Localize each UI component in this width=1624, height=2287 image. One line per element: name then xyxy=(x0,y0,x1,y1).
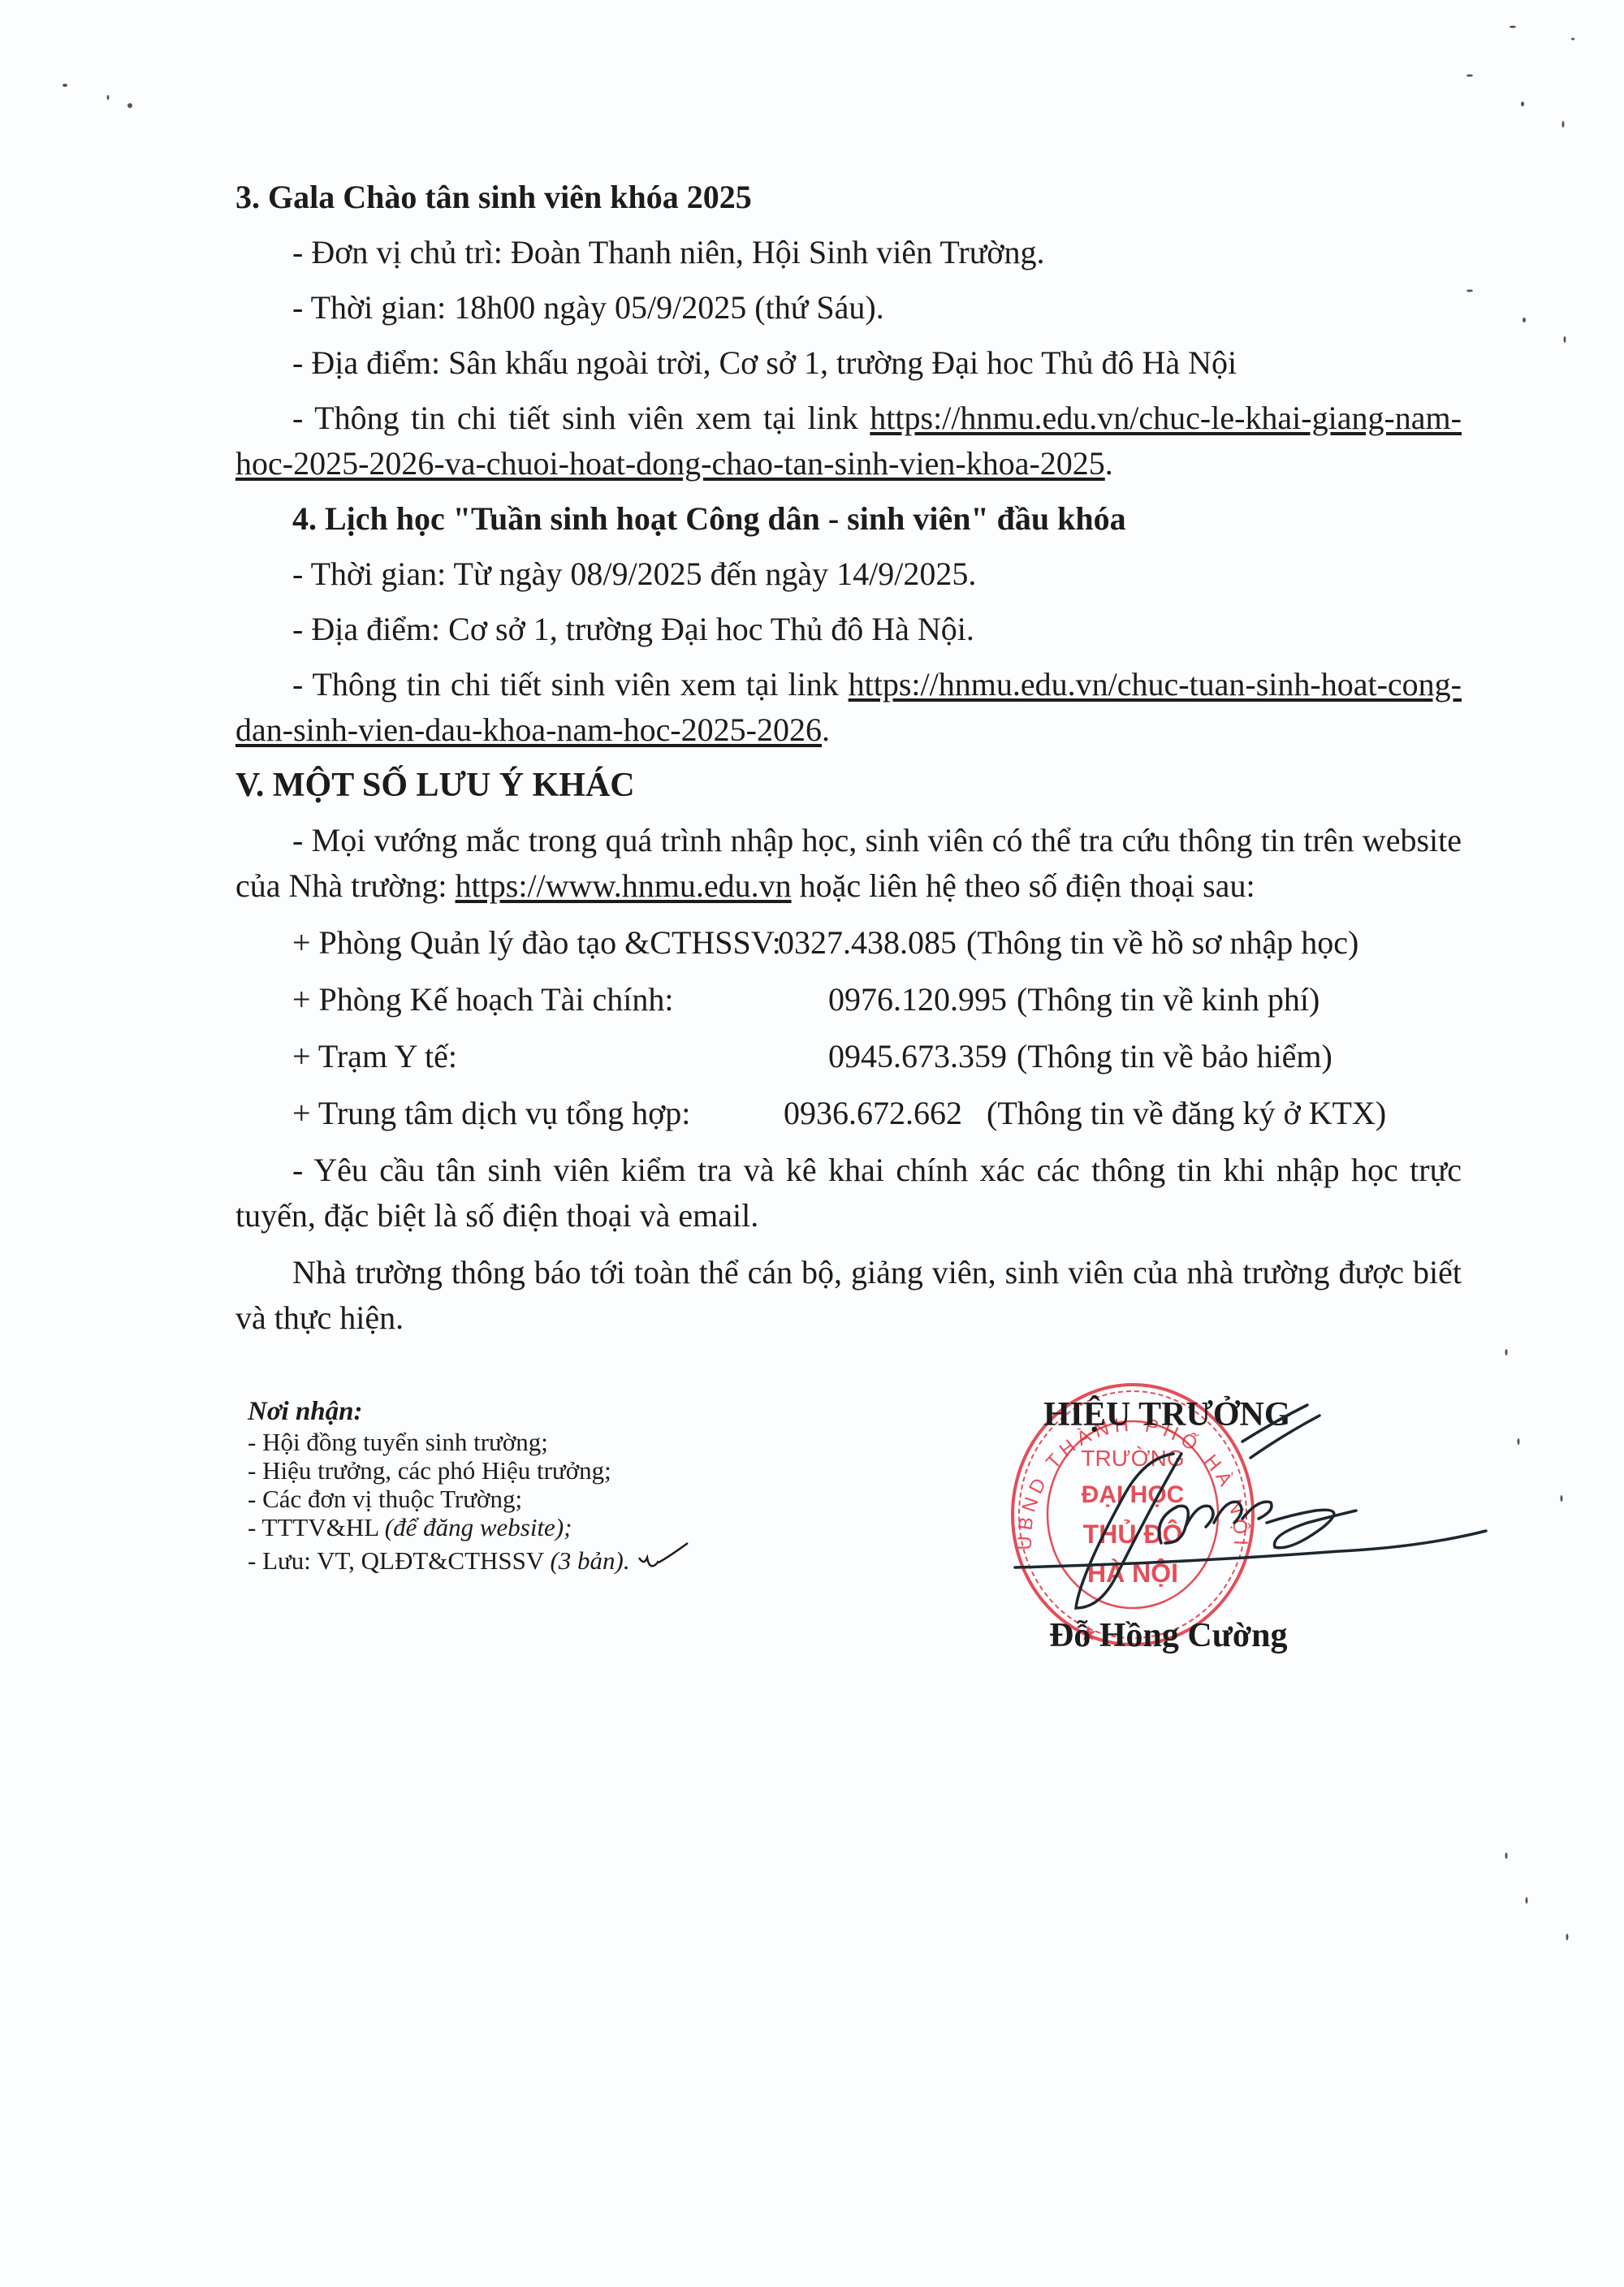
document-page: 3. Gala Chào tân sinh viên khóa 2025 - Đ… xyxy=(0,0,1624,2287)
section3-info: - Thông tin chi tiết sinh viên xem tại l… xyxy=(235,396,1462,486)
recipient-item: - Các đơn vị thuộc Trường; xyxy=(248,1485,816,1513)
requirement-paragraph: - Yêu cầu tân sinh viên kiểm tra và kê k… xyxy=(235,1148,1462,1239)
contact-note: (Thông tin về bảo hiểm) xyxy=(1017,1034,1332,1079)
contact-note: (Thông tin về hồ sơ nhập học) xyxy=(966,920,1358,966)
contact-phone: 0327.438.085 xyxy=(778,920,957,966)
handwritten-signature-icon xyxy=(1007,1373,1575,1665)
section3-heading: 3. Gala Chào tân sinh viên khóa 2025 xyxy=(235,175,1462,220)
document-body: 3. Gala Chào tân sinh viên khóa 2025 - Đ… xyxy=(235,175,1462,1341)
contact-phone: 0976.120.995 xyxy=(828,977,1007,1022)
section4-heading: 4. Lịch học "Tuần sinh hoạt Công dân - s… xyxy=(235,496,1462,542)
initial-mark-icon xyxy=(636,1541,693,1574)
recipients-block: Nơi nhận: - Hội đồng tuyển sinh trường; … xyxy=(248,1395,816,1575)
recipient-item: - Hiệu trưởng, các phó Hiệu trưởng; xyxy=(248,1456,816,1485)
contact-row: + Trạm Y tế: 0945.673.359 (Thông tin về … xyxy=(235,1034,1462,1079)
sectionV-intro: - Mọi vướng mắc trong quá trình nhập học… xyxy=(235,818,1462,909)
recipient-item: - Hội đồng tuyển sinh trường; xyxy=(248,1428,816,1456)
contact-note: (Thông tin về kinh phí) xyxy=(1017,977,1319,1022)
contact-label: + Phòng Kế hoạch Tài chính: xyxy=(292,977,828,1022)
section4-info-suffix: . xyxy=(822,711,830,748)
requirement-text: - Yêu cầu tân sinh viên kiểm tra và kê k… xyxy=(235,1152,1462,1234)
section4-time: - Thời gian: Từ ngày 08/9/2025 đến ngày … xyxy=(235,551,1462,597)
contact-phone: 0936.672.662 xyxy=(784,1091,962,1136)
closing-text: Nhà trường thông báo tới toàn thể cán bộ… xyxy=(235,1254,1462,1336)
recipient-item: - Lưu: VT, QLĐT&CTHSSV (3 bản). xyxy=(248,1541,816,1575)
signature-block: TRƯỜNG ĐẠI HỌC THỦ ĐÔ HÀ NỘI UBND THÀNH … xyxy=(1007,1373,1575,1665)
section4-info: - Thông tin chi tiết sinh viên xem tại l… xyxy=(235,662,1462,753)
section4-info-prefix: - Thông tin chi tiết sinh viên xem tại l… xyxy=(235,666,849,703)
contact-note: (Thông tin về đăng ký ở KTX) xyxy=(987,1091,1386,1136)
recipient-item: - TTTV&HL (để đăng website); xyxy=(248,1513,816,1541)
sectionV-heading: V. MỘT SỐ LƯU Ý KHÁC xyxy=(235,763,1462,808)
section3-info-prefix: - Thông tin chi tiết sinh viên xem tại l… xyxy=(235,400,870,436)
contact-row: + Phòng Kế hoạch Tài chính: 0976.120.995… xyxy=(235,977,1462,1022)
website-link[interactable]: https://www.hnmu.edu.vn xyxy=(456,867,792,904)
section3-time: - Thời gian: 18h00 ngày 05/9/2025 (thứ S… xyxy=(235,285,1462,331)
contact-label: + Phòng Quản lý đào tạo &CTHSSV: xyxy=(292,920,778,966)
sectionV-intro-suffix: hoặc liên hệ theo số điện thoại sau: xyxy=(792,867,1255,904)
contact-label: + Trạm Y tế: xyxy=(292,1034,828,1079)
section3-venue: - Địa điểm: Sân khấu ngoài trời, Cơ sở 1… xyxy=(235,340,1462,386)
contact-phone: 0945.673.359 xyxy=(828,1034,1007,1079)
contact-row: + Phòng Quản lý đào tạo &CTHSSV: 0327.43… xyxy=(235,920,1462,966)
section3-host: - Đơn vị chủ trì: Đoàn Thanh niên, Hội S… xyxy=(235,230,1462,275)
section4-venue: - Địa điểm: Cơ sở 1, trường Đại hoc Thủ … xyxy=(235,607,1462,652)
section3-info-suffix: . xyxy=(1105,445,1113,482)
contact-label: + Trung tâm dịch vụ tổng hợp: xyxy=(292,1091,784,1136)
closing-paragraph: Nhà trường thông báo tới toàn thể cán bộ… xyxy=(235,1250,1462,1341)
contact-row: + Trung tâm dịch vụ tổng hợp: 0936.672.6… xyxy=(235,1091,1462,1136)
recipients-title: Nơi nhận: xyxy=(248,1395,816,1428)
